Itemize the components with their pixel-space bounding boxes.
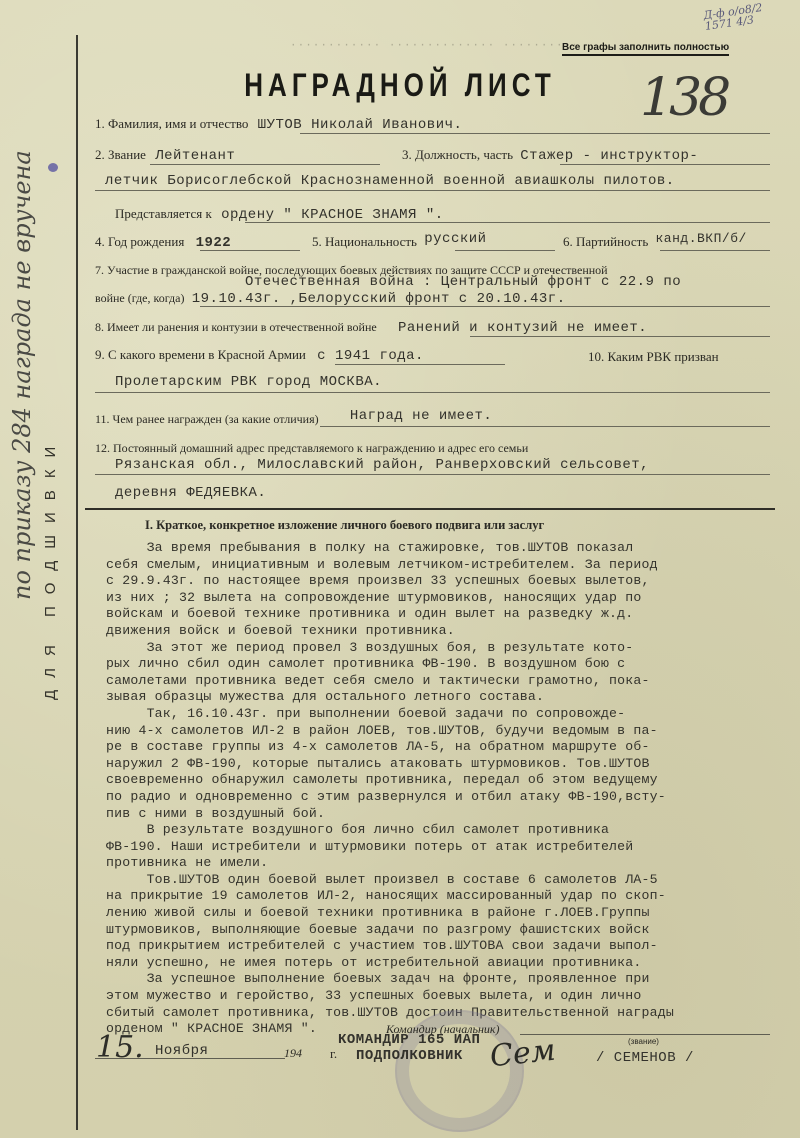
field-label: 1. Фамилия, имя и отчество: [95, 116, 248, 131]
underline: [320, 426, 770, 427]
date-year-suffix: г.: [330, 1046, 337, 1062]
field-value: Пролетарским РВК город МОСКВА.: [115, 374, 382, 390]
narrative-line: по радио и одновременно с этим развернул…: [106, 789, 796, 806]
narrative-line: с 29.9.43г. по настоящее время произвел …: [106, 573, 796, 590]
date-month: Ноября: [155, 1043, 208, 1059]
underline: [95, 474, 770, 475]
margin-binding-label: ДЛЯ ПОДШИВКИ: [42, 435, 59, 700]
field-presented-for: Представляется к ордену " КРАСНОЕ ЗНАМЯ …: [115, 206, 444, 223]
underline: [200, 306, 770, 307]
field-value: Лейтенант: [155, 148, 235, 164]
underline: [95, 392, 770, 393]
rank-label: (звание): [628, 1037, 659, 1046]
narrative-line: под прикрытием истребителей с участием т…: [106, 938, 796, 955]
narrative-line: из них ; 32 вылета на сопровождение штур…: [106, 590, 796, 607]
award-sheet: ДЛЯ ПОДШИВКИ по приказу 284 награда не в…: [0, 0, 800, 1138]
field-value: 1922: [196, 235, 232, 251]
narrative-line: За успешное выполнение боевых задач на ф…: [106, 971, 796, 988]
underline: [150, 164, 380, 165]
narrative-line: рых лично сбил один самолет противника Ф…: [106, 656, 796, 673]
field-birth-year: 4. Год рождения 1922: [95, 234, 231, 251]
narrative-line: Так, 16.10.43г. при выполнении боевой за…: [106, 706, 796, 723]
field-label: 12. Постоянный домашний адрес представля…: [95, 441, 528, 455]
narrative-line: движения войск и боевой техники противни…: [106, 623, 796, 640]
margin-rule: [76, 35, 78, 1130]
narrative-line: себя смелым, инициативным и волевым летч…: [106, 557, 796, 574]
field-army-since: 9. С какого времени в Красной Армии с 19…: [95, 347, 424, 364]
field-war-value: Отечественная война : Центральный фронт …: [245, 273, 681, 290]
underline: [660, 250, 770, 251]
field-label: 2. Звание: [95, 147, 146, 162]
fill-all-fields-note: Все графы заполнить полностью: [562, 42, 729, 56]
section-divider: [85, 508, 775, 510]
margin-handwritten-note: по приказу 284 награда не вручена: [8, 150, 36, 600]
underline: [95, 190, 770, 191]
field-rvk-value: Пролетарским РВК город МОСКВА.: [115, 373, 382, 390]
field-label: 4. Год рождения: [95, 234, 184, 249]
field-home-address: 12. Постоянный домашний адрес представля…: [95, 440, 528, 456]
narrative-line: наружил 2 ФВ-190, которые пытались атако…: [106, 756, 796, 773]
field-value: Ранений и контузий не имеет.: [398, 320, 647, 336]
field-value: Наград не имеет.: [350, 408, 492, 424]
field-label: 9. С какого времени в Красной Армии: [95, 347, 306, 362]
field-label: 5. Национальность: [312, 234, 417, 249]
underline: [245, 222, 770, 223]
narrative-line: войскам и боевой технике противника и од…: [106, 606, 796, 623]
underline: [300, 133, 770, 134]
field-wounds: 8. Имеет ли ранения и контузии в отечест…: [95, 319, 647, 336]
field-label: 6. Партийность: [563, 234, 648, 249]
narrative-line: ре в составе группы из 4-х самолетов ЛА-…: [106, 739, 796, 756]
page-title: НАГРАДНОЙ ЛИСТ: [0, 66, 800, 105]
field-value: ШУТОВ Николай Иванович.: [258, 117, 463, 133]
underline: [95, 1058, 285, 1059]
narrative-line: За время пребывания в полку на стажировк…: [106, 540, 796, 557]
field-label: войне (где, когда): [95, 291, 184, 305]
narrative-line: Тов.ШУТОВ один боевой вылет произвел в с…: [106, 872, 796, 889]
date-year: 194: [284, 1046, 302, 1061]
underline: [455, 250, 555, 251]
narrative-line: пив с ними в воздушный бой.: [106, 806, 796, 823]
field-rvk-label: 10. Каким РВК призван: [588, 349, 719, 365]
narrative-line: лению живой силы и боевой техники против…: [106, 905, 796, 922]
commander-position: КОМАНДИР 165 ИАП: [338, 1032, 480, 1048]
field-party: 6. Партийность канд.ВКП/б/: [563, 234, 747, 250]
field-value: ордену " КРАСНОЕ ЗНАМЯ ".: [221, 207, 444, 223]
underline: [520, 1034, 770, 1035]
field-label: 8. Имеет ли ранения и контузии в отечест…: [95, 320, 377, 334]
ink-blot: [48, 163, 58, 172]
handwritten-archive-mark: Д-ф о/о8/2 1571 4/3: [703, 2, 765, 32]
narrative-line: этом мужество и геройство, 33 успешных б…: [106, 988, 796, 1005]
narrative-text: За время пребывания в полку на стажировк…: [106, 540, 796, 1038]
field-value: Рязанская обл., Милославский район, Ранв…: [115, 457, 649, 473]
narrative-line: противника не имели.: [106, 855, 796, 872]
field-full-name: 1. Фамилия, имя и отчество ШУТОВ Николай…: [95, 116, 462, 133]
field-value: с 1941 года.: [317, 348, 424, 364]
narrative-line: За этот же период провел 3 воздушных боя…: [106, 640, 796, 657]
narrative-line: няли успешно, не имея потерь от истребит…: [106, 955, 796, 972]
underline: [200, 250, 300, 251]
field-label: Представляется к: [115, 206, 212, 221]
handwritten-signature: Сем: [488, 1033, 557, 1075]
commander-name: / СЕМЕНОВ /: [596, 1050, 694, 1066]
field-value: русский: [424, 231, 486, 247]
field-value: канд.ВКП/б/: [656, 231, 747, 246]
underline: [560, 164, 770, 165]
narrative-line: ФВ-190. Наши истребители и штурмовики по…: [106, 839, 796, 856]
narrative-line: В результате воздушного боя лично сбил с…: [106, 822, 796, 839]
narrative-line: зывая образцы мужества для остального ле…: [106, 689, 796, 706]
narrative-line: на прикрытие 19 самолетов ИЛ-2, наносящи…: [106, 888, 796, 905]
field-position-cont: летчик Борисоглебской Краснознаменной во…: [105, 172, 675, 189]
field-label: 11. Чем ранее награжден (за какие отличи…: [95, 412, 319, 426]
field-position: 3. Должность, часть Стажер - инструктор-: [402, 147, 698, 164]
field-value: 19.10.43г. ,Белорусский фронт с 20.10.43…: [192, 291, 566, 307]
field-war-participation-cont: войне (где, когда) 19.10.43г. ,Белорусск…: [95, 290, 566, 307]
field-address-value: Рязанская обл., Милославский район, Ранв…: [115, 456, 649, 473]
field-label: 10. Каким РВК призван: [588, 349, 719, 364]
field-value: Стажер - инструктор-: [520, 148, 698, 164]
underline: [335, 364, 505, 365]
faint-header-text: ············ ·············· ··········: [290, 40, 579, 52]
field-value: Отечественная война : Центральный фронт …: [245, 274, 681, 290]
narrative-line: нию 4-х самолетов ИЛ-2 в район ЛОЕВ, тов…: [106, 723, 796, 740]
narrative-line: самолетами противника ведет себя смело и…: [106, 673, 796, 690]
field-value: летчик Борисоглебской Краснознаменной во…: [105, 173, 675, 189]
section-heading: I. Краткое, конкретное изложение личного…: [145, 518, 544, 533]
field-address-cont: деревня ФЕДЯЕВКА.: [115, 484, 266, 501]
commander-rank: ПОДПОЛКОВНИК: [356, 1048, 463, 1064]
field-nationality: 5. Национальность русский: [312, 234, 487, 251]
field-label: 3. Должность, часть: [402, 147, 513, 162]
narrative-line: своевременно обнаружил самолеты противни…: [106, 772, 796, 789]
field-rank: 2. Звание Лейтенант: [95, 147, 235, 164]
narrative-line: штурмовиков, выполняющие боевые задачи п…: [106, 922, 796, 939]
underline: [470, 336, 770, 337]
date-day: 15.: [96, 1030, 144, 1065]
field-value: деревня ФЕДЯЕВКА.: [115, 485, 266, 501]
